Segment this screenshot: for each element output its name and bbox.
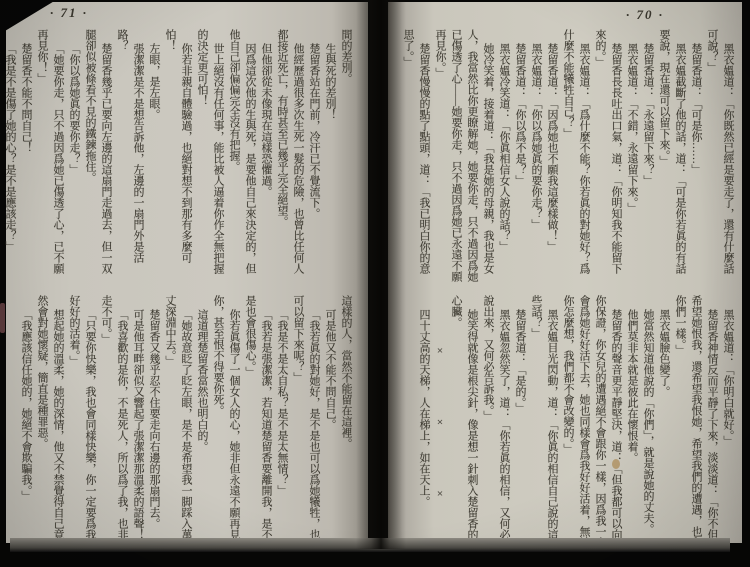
paragraph: 間的差別。 xyxy=(338,29,354,282)
paragraph: 黑衣媼臉色變了。 xyxy=(656,295,672,548)
paragraph: 楚留香站在門前，冷汗已不覺流下。 xyxy=(306,29,322,282)
paragraph: 這道理楚留香當然也明白的。 xyxy=(194,295,210,548)
paragraph: 世上絕沒有任何事，能比被人逼着你作全無把握的決定更可怕！ xyxy=(194,29,226,282)
paragraph: 因爲這次他的生與死，是要他自己來決定的，但他自己卻偏偏完全沒有把握。 xyxy=(226,29,258,282)
paragraph: 你若眞傷了一個女人的心，她非但永遠不願再見你，甚至恨不得要你死。 xyxy=(210,295,242,548)
paragraph: 楚留香的聲音更平靜堅決，道：「但我都可以向你保證，你女兒的遭遇絕不會跟你一樣，因… xyxy=(560,295,624,548)
paragraph: 黑衣媼忽然笑了，道：「你若眞的相信，又何必說出來，又何必告訴我。」 xyxy=(480,295,512,548)
scan-speck xyxy=(0,303,5,333)
paragraph: 四十丈高的天梯，人在梯上，如在天上。 xyxy=(416,295,432,548)
paragraph: 「我喜歡的是你，不是死人，所以爲了我，也非走不可。」 xyxy=(98,295,130,548)
paragraph: 「我若眞的對她好，是不是也可以爲她犧牲，也可以留下來呢？」 xyxy=(290,295,322,548)
paragraph: 黑衣媼截斷了他的話，道：「可是你若眞的有話要說，現在還可以留下來。」 xyxy=(656,29,688,282)
paragraph: 黑衣媼道：「爲什麼不能？你若眞的對她好？爲什麼不能犧牲自己？」 xyxy=(560,29,592,282)
paragraph: 楚留香不能不問自己！ xyxy=(18,29,34,282)
paragraph: 他從未覺得這件事做錯，這地方本是個牢獄，像他 xyxy=(0,29,2,282)
paragraph: 黑衣媼道：「你以爲她眞的要你走？」 xyxy=(528,29,544,282)
book-scan: · 71 · 間的差別。生與死的差別！楚留香站在門前，冷汗已不覺流下。他經歷過很… xyxy=(0,0,750,567)
paragraph: 楚留香道：「永遠留下來？」 xyxy=(640,29,656,282)
scan-speck xyxy=(612,459,620,469)
paragraph: 他經歷過很多次生死一髮的危險，也曾比任何人都接近死亡，有時甚至已幾乎完全絕望。 xyxy=(274,29,306,282)
paragraph: 黑衣媼冷笑道：「你眞相信女人說的話？」 xyxy=(496,29,512,282)
spine-shadow xyxy=(356,0,406,549)
paragraph: 「我若是張潔潔，若知道楚留香要離開我，是不是也會很傷心。」 xyxy=(242,295,274,548)
page-number-left: · 71 · xyxy=(50,5,88,21)
right-page-bottom-register: 黑衣媼道：「你明白就好。」楚留香神情反而平靜了下來，淡淡道：「你不但希望她恨我，… xyxy=(416,295,736,548)
paragraph: 楚留香神情反而平靜了下來，淡淡道：「你不但希望她恨我，還希望我恨她，希望我們的遭… xyxy=(672,295,720,548)
paragraph: 楚留香道：「是的。」 xyxy=(512,295,528,548)
paragraph: 黑衣媼道：「不錯，永遠留下來。」 xyxy=(624,29,640,282)
right-page: · 70 · 黑衣媼道：「你既然已經是要走了，還有什麼話可說？」楚留香道：「可是… xyxy=(388,2,742,543)
left-page-top-register: 間的差別。生與死的差別！楚留香站在門前，冷汗已不覺流下。他經歷過很多次生死一髮的… xyxy=(12,29,354,282)
paragraph: 她笑得就像是根尖針，像是想一針刺入楚留香的心臟。 xyxy=(448,295,480,548)
paragraph: 楚留香道：「可是你……」 xyxy=(688,29,704,282)
paragraph: 這樣的人，當然不能留在這裡。 xyxy=(338,295,354,548)
paragraph: 黑衣媼目光閃動，道：「你眞的相信自己說的這些話？」 xyxy=(528,295,560,548)
paragraph: × × × xyxy=(432,295,448,548)
paragraph: 「只要你快樂，我也會同樣快樂，你一定要爲我好好的活着。」 xyxy=(66,295,98,548)
paragraph: 可是他又不能不問自己。 xyxy=(322,295,338,548)
paragraph: 「她故意眨了眨左眼，是不是希望我一脚踩入萬丈深淵中去。」 xyxy=(162,295,194,548)
paragraph: 但他卻從未像現在這樣恐懼過。 xyxy=(258,29,274,282)
left-page: · 71 · 間的差別。生與死的差別！楚留香站在門前，冷汗已不覺流下。他經歷過很… xyxy=(6,2,368,543)
paragraph: 楚留香幾乎已要向左邊的這扇門走過去，但一双腿卻似被條看不見的鐵鍊拖住。 xyxy=(82,29,114,282)
paragraph: 「你以爲她眞的要你走？」 xyxy=(66,29,82,282)
paragraph: 黑衣媼道：「你明白就好。」 xyxy=(720,295,736,548)
paragraph: 楚留香道：「你以爲不是？」 xyxy=(512,29,528,282)
paragraph: 「她要你走，只不過因爲她已傷透了心，已不願再見你！」 xyxy=(34,29,66,282)
paragraph: 可是他耳畔卻似又響起了張潔潔那溫柔的語聲！ xyxy=(130,295,146,548)
paragraph: 她冷笑着，接着道：「我是她的母親，我也是女人，我當然比你更瞭解她，她要你走，只不… xyxy=(432,29,496,282)
paragraph: 他們莫非本就是彼此在懷恨着。 xyxy=(624,295,640,548)
paragraph: 生與死的差別！ xyxy=(322,29,338,282)
right-page-top-register: 黑衣媼道：「你既然已經是要走了，還有什麼話可說？」楚留香道：「可是你……」黑衣媼… xyxy=(400,29,736,282)
paragraph: 「我是不是傷了她的心？是不是應該走？」 xyxy=(2,29,18,282)
paragraph: 左眼，是左眼。 xyxy=(146,29,162,282)
paragraph: 黑衣媼道：「你既然已經是要走了，還有什麼話可說？」 xyxy=(704,29,736,282)
paragraph: 張潔潔是不是想告訴他，左邊的一扇門外是活路？ xyxy=(114,29,146,282)
paragraph: 楚留香又幾乎忍不住要走向右邊的那扇門去。 xyxy=(146,295,162,548)
paragraph: 楚留香長長吐出口氣，道：「你明知我不能留下來的。」 xyxy=(592,29,624,282)
page-number-right: · 70 · xyxy=(626,7,664,23)
paragraph: 想起她的溫柔，她的深情，他又不禁覺得自己竟然會對她懷疑，簡直是種罪惡。 xyxy=(34,295,66,548)
paragraph: 「我應該信任她的，她絕不會欺騙我。」 xyxy=(18,295,34,548)
paragraph: 楚留香道：「因爲她也不願我這麼樣做！」 xyxy=(544,29,560,282)
left-page-bottom-register: 這樣的人，當然不能留在這裡。可是他又不能不問自己。「我若眞的對她好，是不是也可以… xyxy=(18,295,354,548)
paragraph: 「我是不是太自私？是不是太無情？」 xyxy=(274,295,290,548)
paragraph: 你若非親自體驗過，也絕對想不到那有多麼可怕！ xyxy=(162,29,194,282)
paragraph: 她當然知道他說的「你們」，就是說她的丈夫。 xyxy=(640,295,656,548)
